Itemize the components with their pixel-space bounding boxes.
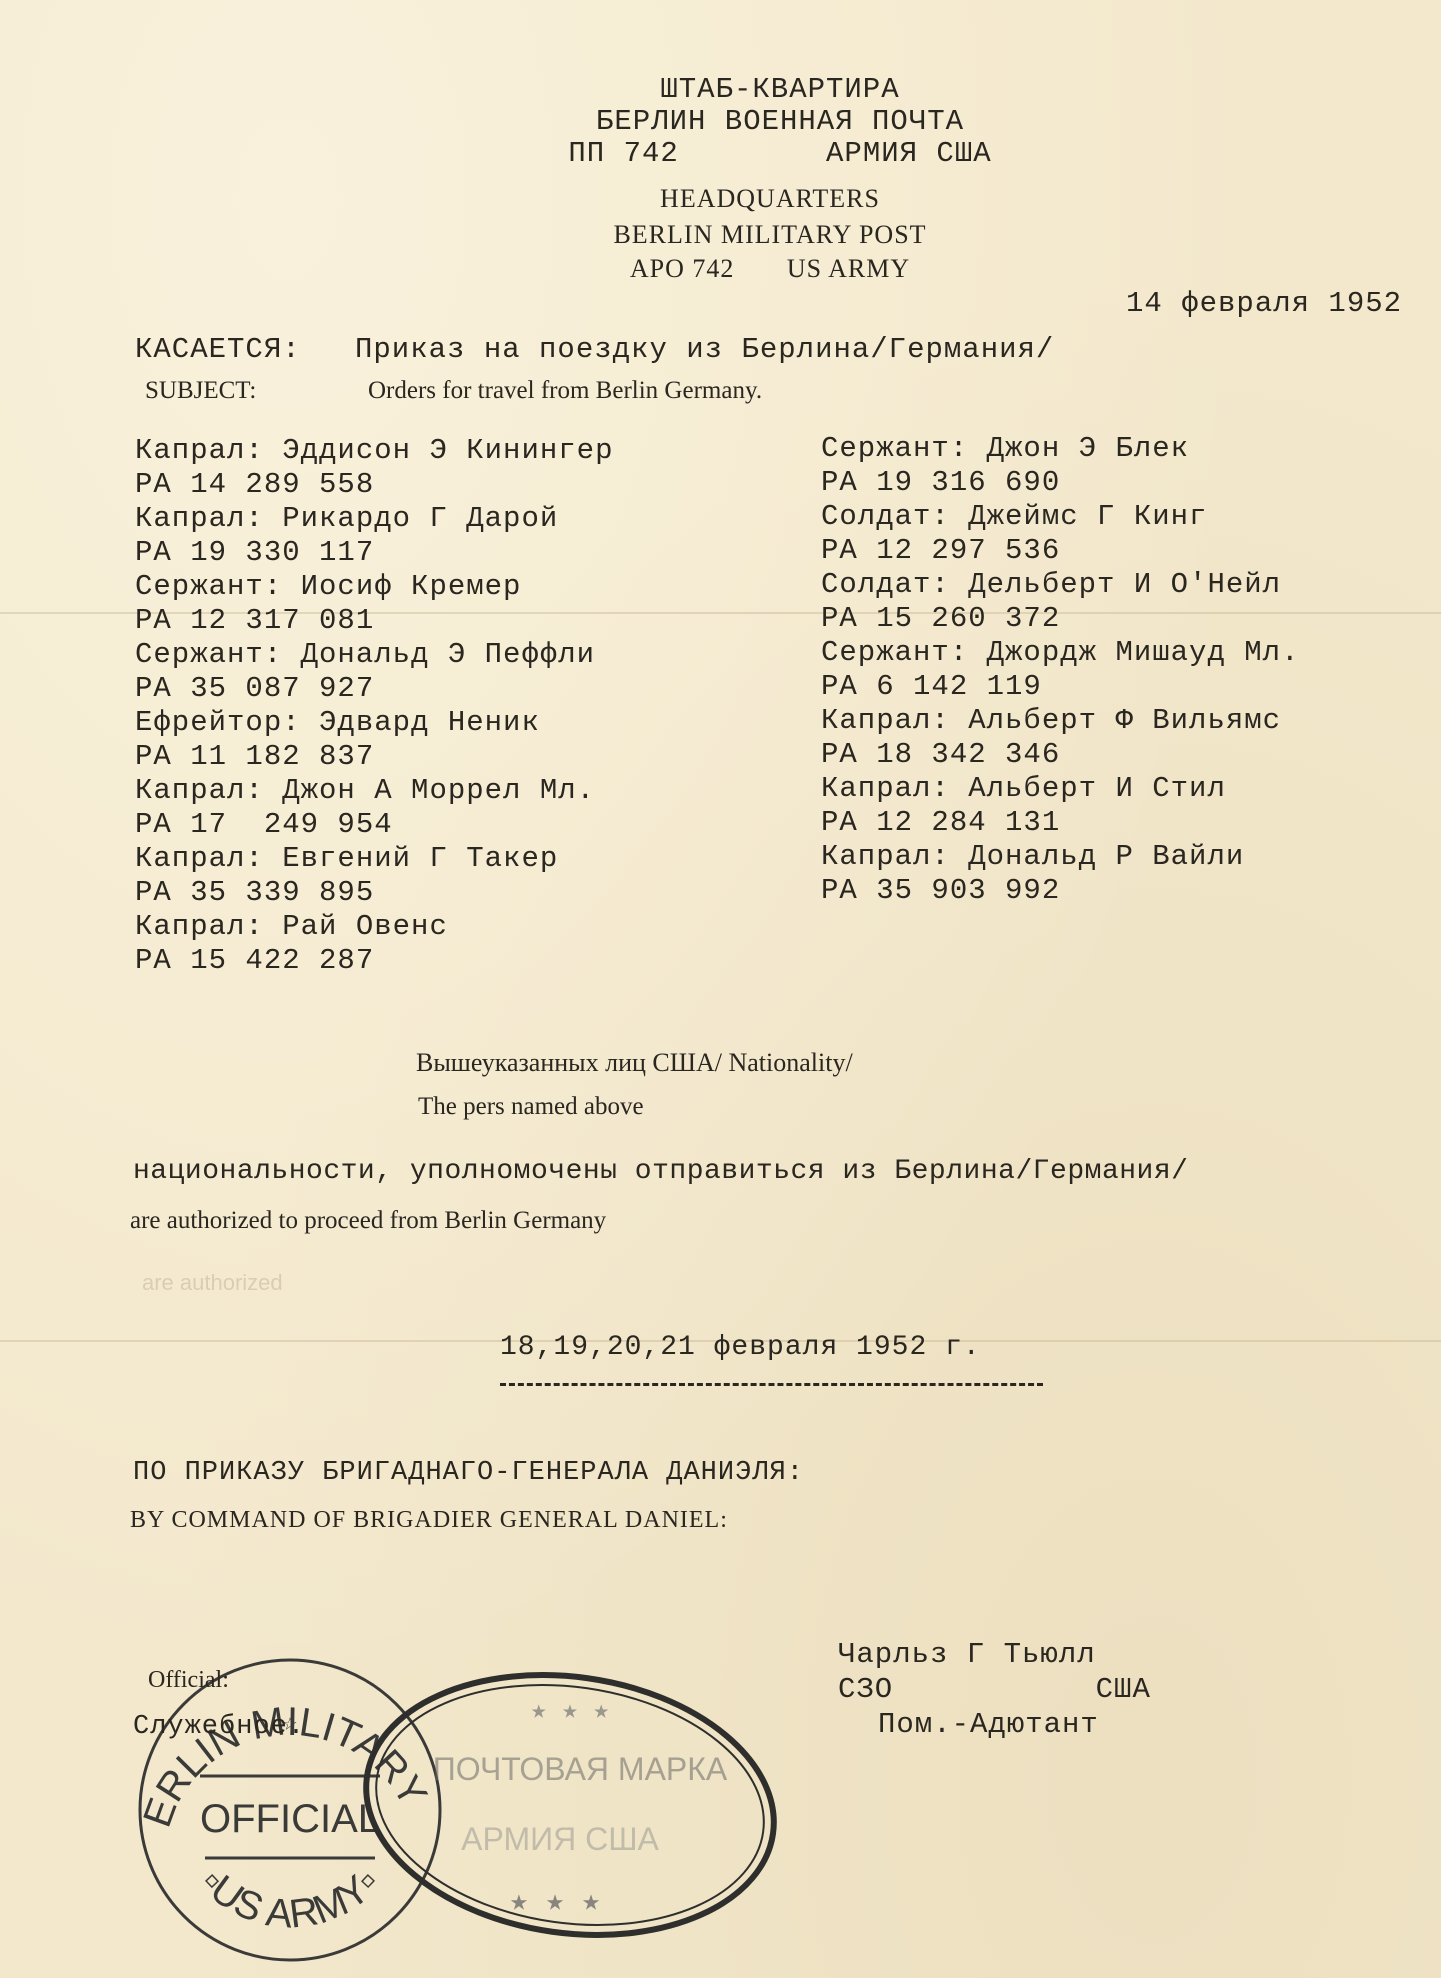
- personnel-serial: PA 19 316 690: [821, 466, 1299, 500]
- personnel-serial: PA 35 903 992: [821, 874, 1299, 908]
- personnel-name: Капрал: Рикардо Г Дарой: [135, 502, 613, 536]
- authorization-ru: национальности, уполномочены отправиться…: [133, 1158, 1188, 1186]
- personnel-serial: PA 35 087 927: [135, 672, 613, 706]
- personnel-serial: PA 15 260 372: [821, 602, 1299, 636]
- personnel-name: Сержант: Джон Э Блек: [821, 432, 1299, 466]
- personnel-serial: PA 17 249 954: [135, 808, 613, 842]
- personnel-name: Сержант: Джордж Мишауд Мл.: [821, 636, 1299, 670]
- personnel-name: Солдат: Дельберт И О'Нейл: [821, 568, 1299, 602]
- personnel-list-right: Сержант: Джон Э Блек PA 19 316 690 Солда…: [821, 432, 1299, 908]
- personnel-serial: PA 18 342 346: [821, 738, 1299, 772]
- personnel-list-left: Капрал: Эддисон Э Кинингер PA 14 289 558…: [135, 434, 613, 978]
- letterhead-en-line-2: BERLIN MILITARY POST: [613, 222, 926, 248]
- subject-text-en: Orders for travel from Berlin Germany.: [368, 378, 762, 403]
- personnel-name: Солдат: Джеймс Г Кинг: [821, 500, 1299, 534]
- personnel-serial: PA 15 422 287: [135, 944, 613, 978]
- oval-stamp-line-1: ПОЧТОВАЯ МАРКА: [433, 1751, 728, 1787]
- personnel-serial: PA 35 339 895: [135, 876, 613, 910]
- round-stamp-center-text: OFFICIAL: [200, 1797, 380, 1841]
- signatory-rank: СЗО США: [838, 1675, 1151, 1704]
- oval-stamp-line-2: АРМИЯ США: [461, 1821, 659, 1857]
- personnel-name: Сержант: Иосиф Кремер: [135, 570, 613, 604]
- personnel-serial: PA 12 317 081: [135, 604, 613, 638]
- personnel-name: Сержант: Дональд Э Пеффли: [135, 638, 613, 672]
- nationality-ru: Вышеуказанных лиц США/ Nationality/: [416, 1050, 853, 1076]
- command-en: BY COMMAND OF BRIGADIER GENERAL DANIEL:: [130, 1508, 728, 1532]
- personnel-serial: PA 6 142 119: [821, 670, 1299, 704]
- faint-show-through-text: are authorized: [142, 1272, 283, 1294]
- subject-label-en: SUBJECT:: [145, 378, 256, 403]
- letterhead-ru-line-3: ПП 742 АРМИЯ США: [568, 139, 991, 168]
- personnel-serial: PA 11 182 837: [135, 740, 613, 774]
- personnel-name: Капрал: Рай Овенс: [135, 910, 613, 944]
- personnel-name: Капрал: Альберт И Стил: [821, 772, 1299, 806]
- personnel-name: Капрал: Дональд Р Вайли: [821, 840, 1299, 874]
- letterhead-ru-line-1: ШТАБ-КВАРТИРА: [660, 75, 899, 104]
- command-ru: ПО ПРИКАЗУ БРИГАДНАГО-ГЕНЕРАЛА ДАНИЭЛЯ:: [133, 1460, 804, 1487]
- travel-dates: 18,19,20,21 февраля 1952 г.: [500, 1334, 981, 1362]
- oval-stamp-top-stars-icon: ★ ★ ★: [531, 1696, 609, 1726]
- signatory-title: Пом.-Адютант: [878, 1710, 1099, 1739]
- subject-label-ru: КАСАЕТСЯ:: [135, 335, 301, 364]
- authorization-en: are authorized to proceed from Berlin Ge…: [130, 1208, 606, 1233]
- signatory-name: Чарльз Г Тьюлл: [838, 1640, 1096, 1669]
- personnel-serial: PA 12 284 131: [821, 806, 1299, 840]
- subject-text-ru: Приказ на поездку из Берлина/Германия/: [355, 335, 1054, 364]
- personnel-name: Капрал: Джон А Моррел Мл.: [135, 774, 613, 808]
- letterhead-ru-line-2: БЕРЛИН ВОЕННАЯ ПОЧТА: [596, 107, 964, 136]
- document-date: 14 февраля 1952: [1126, 289, 1402, 318]
- oval-stamp-bottom-stars-icon: ★ ★ ★: [510, 1886, 600, 1920]
- official-label-en: Official:: [148, 1668, 229, 1692]
- letterhead-en-line-3: APO 742 US ARMY: [630, 256, 910, 282]
- personnel-serial: PA 12 297 536: [821, 534, 1299, 568]
- personnel-name: Капрал: Эддисон Э Кинингер: [135, 434, 613, 468]
- personnel-name: Ефрейтор: Эдвард Неник: [135, 706, 613, 740]
- personnel-serial: PA 19 330 117: [135, 536, 613, 570]
- letterhead-en-line-1: HEADQUARTERS: [660, 186, 880, 212]
- personnel-name: Капрал: Альберт Ф Вильямс: [821, 704, 1299, 738]
- official-label-ru: Служебное.: [133, 1714, 305, 1741]
- oval-army-stamp: ★ ★ ★ ПОЧТОВАЯ МАРКА АРМИЯ США ★ ★ ★: [355, 1660, 785, 1950]
- dashed-underline: [500, 1383, 1043, 1386]
- nationality-en: The pers named above: [418, 1094, 644, 1119]
- personnel-serial: PA 14 289 558: [135, 468, 613, 502]
- personnel-name: Капрал: Евгений Г Такер: [135, 842, 613, 876]
